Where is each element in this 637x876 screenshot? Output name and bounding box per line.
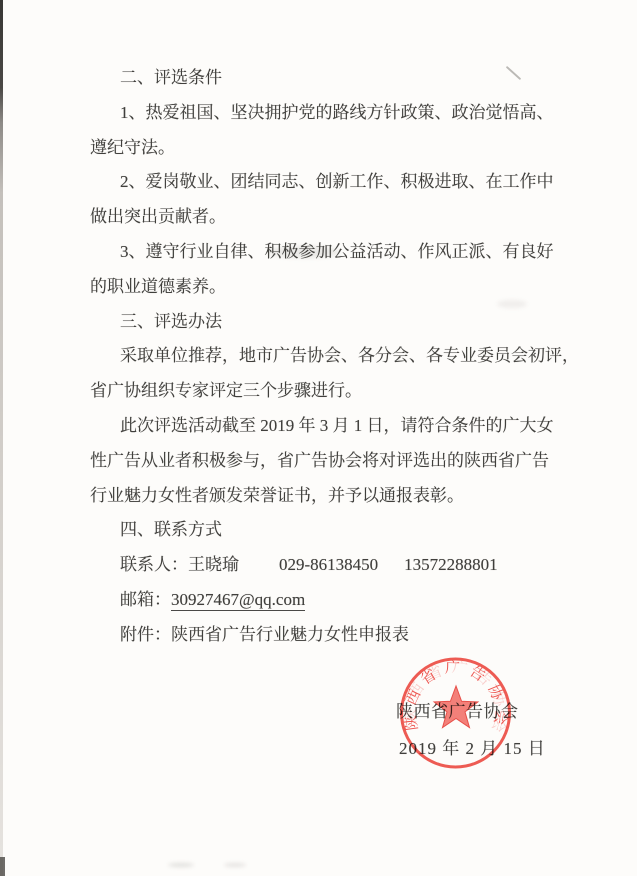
text-line: 的职业道德素养。 <box>90 270 578 305</box>
text-line: 遵纪守法。 <box>90 131 578 166</box>
section-heading: 四、联系方式 <box>90 513 578 548</box>
paragraph-line: 此次评选活动截至 2019 年 3 月 1 日，请符合条件的广大女 <box>90 409 578 444</box>
contact-phone-mobile: 13572288801 <box>404 555 498 574</box>
contact-phone-office: 029-86138450 <box>279 555 378 574</box>
contact-person-label: 联系人：王晓瑜 <box>120 555 239 574</box>
paragraph-line: 采取单位推荐，地市广告协会、各分会、各专业委员会初评， <box>90 339 578 374</box>
official-seal: 陕西省广告协会 陕西省广告协会 <box>391 648 521 778</box>
list-item-line: 3、遵守行业自律、积极参加公益活动、作风正派、有良好 <box>90 235 578 270</box>
scan-smudge <box>224 863 246 867</box>
text-line: 行业魅力女性者颁发荣誉证书，并予以通报表彰。 <box>90 479 578 514</box>
list-item-line: 2、爱岗敬业、团结同志、创新工作、积极进取、在工作中 <box>90 165 578 200</box>
scan-corner-mark <box>0 857 5 876</box>
list-item-line: 1、热爱祖国、坚决拥护党的路线方针政策、政治觉悟高、 <box>90 96 578 131</box>
scan-edge-artifact <box>0 0 3 876</box>
text-line: 做出突出贡献者。 <box>90 200 578 235</box>
seal-star-icon <box>434 686 478 728</box>
contact-line: 联系人：王晓瑜029-8613845013572288801 <box>90 548 578 583</box>
text-line: 性广告从业者积极参与，省广告协会将对评选出的陕西省广告 <box>90 444 578 479</box>
scanned-document-page: 二、评选条件 1、热爱祖国、坚决拥护党的路线方针政策、政治觉悟高、 遵纪守法。 … <box>0 0 637 876</box>
scan-smudge <box>168 863 194 867</box>
email-label: 邮箱： <box>120 590 171 609</box>
email-line: 邮箱：30927467@qq.com <box>90 583 578 618</box>
document-body: 二、评选条件 1、热爱祖国、坚决拥护党的路线方针政策、政治觉悟高、 遵纪守法。 … <box>90 61 578 653</box>
section-heading: 二、评选条件 <box>90 61 578 96</box>
section-heading: 三、评选办法 <box>90 305 578 340</box>
text-line: 省广协组织专家评定三个步骤进行。 <box>90 374 578 409</box>
email-address: 30927467@qq.com <box>171 590 305 611</box>
